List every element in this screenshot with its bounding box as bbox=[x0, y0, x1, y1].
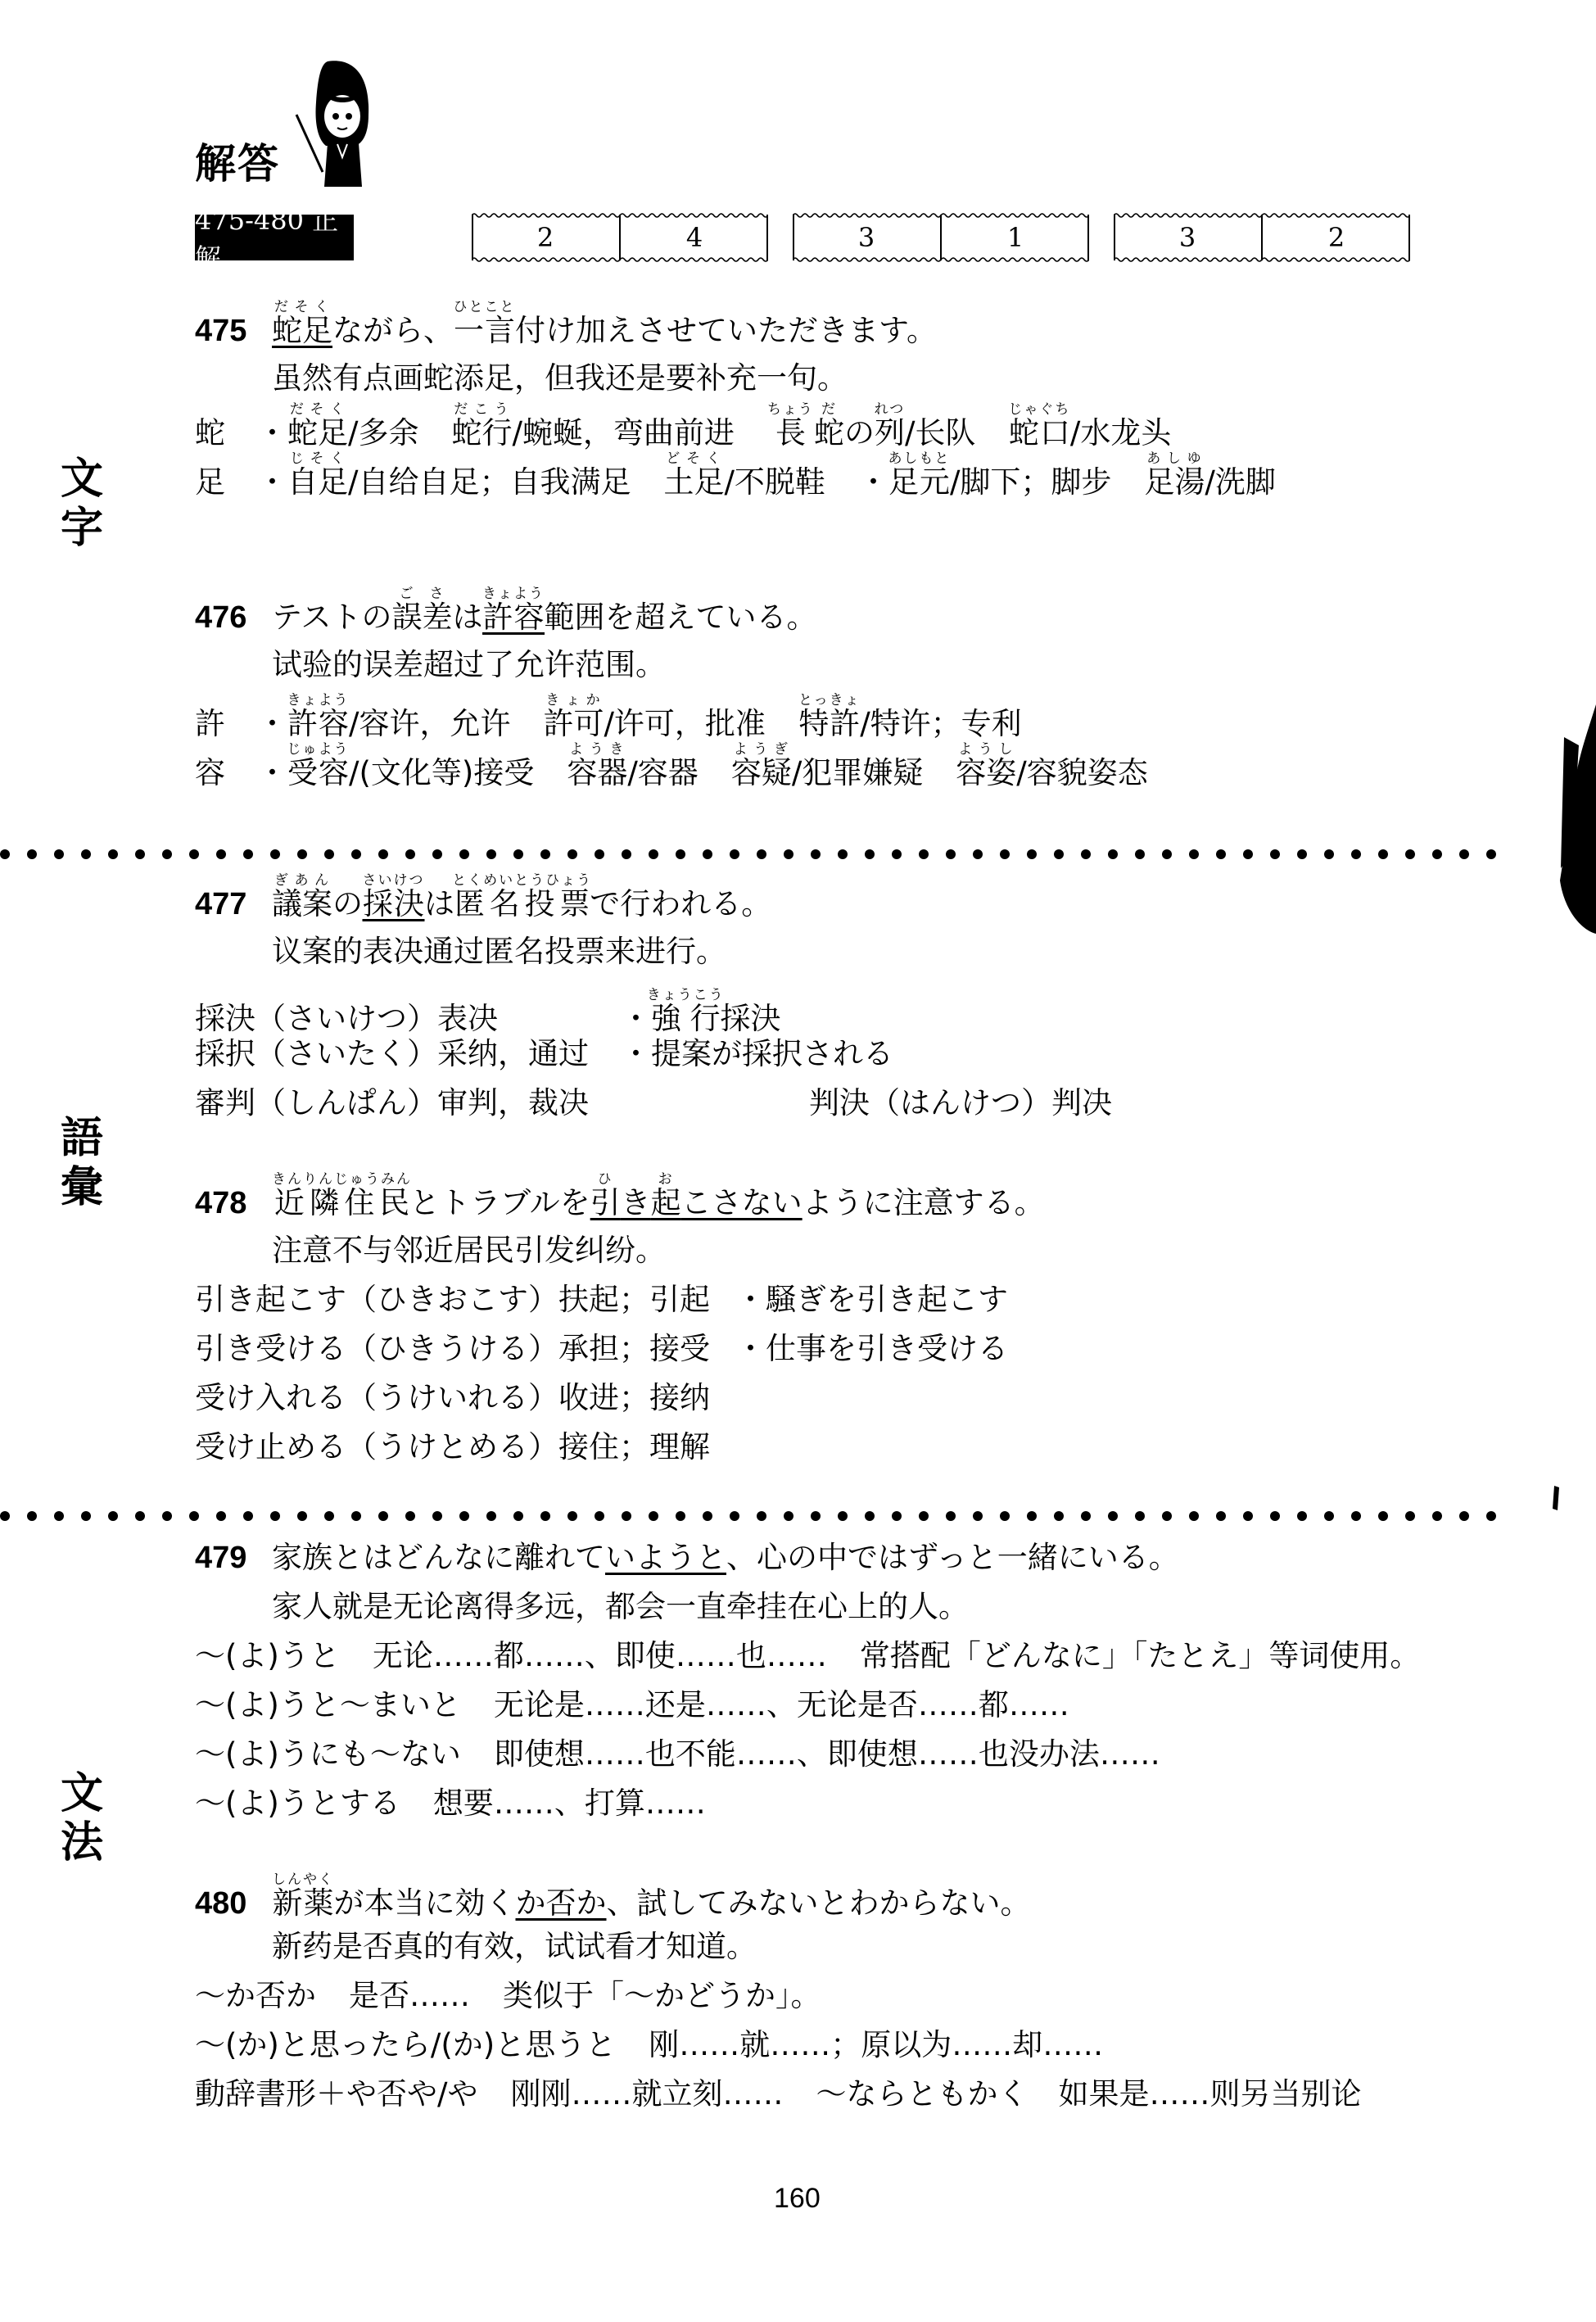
furigana-word: 受容じゅよう bbox=[287, 755, 349, 790]
furigana-word: 特許とっきょ bbox=[798, 706, 860, 741]
text-segment: ように注意する。 bbox=[803, 1185, 1045, 1220]
text-segment: き bbox=[621, 1185, 651, 1220]
divider-dot bbox=[784, 849, 793, 859]
text-segment: 、心の中ではずっと一緒にいる。 bbox=[726, 1540, 1179, 1575]
vocab-row: 引き起こす（ひきおこす）扶起；引起・騒ぎを引き起こす bbox=[195, 1282, 1008, 1318]
section-label-goi: 語 彙 bbox=[57, 1114, 106, 1212]
text-segment: ・ bbox=[257, 755, 287, 790]
divider-dot bbox=[432, 849, 442, 859]
divider-dot bbox=[162, 849, 172, 859]
text-segment: /洗脚 bbox=[1205, 464, 1275, 500]
wavy-border-icon bbox=[472, 256, 768, 263]
answer-478: 1 bbox=[940, 215, 1089, 260]
divider-dot bbox=[811, 849, 821, 859]
kanji-row-足: 足・自足じそく/自给自足；自我满足土足どそく/不脱鞋・足元あしもと/脚下；脚步足… bbox=[195, 450, 1276, 500]
grammar-pattern: ～(よ)うとする bbox=[195, 1786, 400, 1821]
divider-dot bbox=[135, 849, 145, 859]
text-segment: /(文化等)接受 bbox=[349, 755, 534, 790]
kanji-head: 許 bbox=[195, 706, 257, 742]
grammar-meaning: 想要……、打算…… bbox=[433, 1786, 706, 1821]
furigana-word: 引ひ bbox=[590, 1185, 621, 1220]
text-segment: は bbox=[424, 886, 454, 921]
divider-dot bbox=[108, 849, 118, 859]
vocab-entry: 採択（さいたく）采纳，通过 bbox=[195, 1036, 621, 1072]
grammar-note: ～ならともかく 如果是……则另当别论 bbox=[816, 2076, 1361, 2112]
grammar-note: 类似于「～かどうか」。 bbox=[503, 1978, 821, 2013]
text-segment: /容貌姿态 bbox=[1016, 755, 1147, 790]
answer-box-border bbox=[793, 215, 794, 260]
divider-dot bbox=[432, 1511, 442, 1521]
grammar-pattern: 動辞書形＋や否や/や bbox=[195, 2076, 477, 2112]
divider-dot bbox=[676, 849, 685, 859]
grammar-row: ～(よ)うとする想要……、打算…… bbox=[195, 1786, 706, 1822]
sentence: 近隣住民きんりんじゅうみんとトラブルを引ひき起おこさないように注意する。 bbox=[272, 1185, 1045, 1220]
divider-dot bbox=[838, 849, 848, 859]
divider-dot bbox=[1297, 849, 1307, 859]
divider-dot bbox=[486, 1511, 496, 1521]
divider-dot bbox=[595, 1511, 604, 1521]
divider-dot bbox=[784, 1511, 793, 1521]
divider-dot bbox=[973, 1511, 983, 1521]
divider-dot bbox=[946, 1511, 956, 1521]
vocab-row: 採択（さいたく）采纳，通过・提案が採択される bbox=[195, 1036, 893, 1072]
grammar-pattern: ～(よ)うにも～ない bbox=[195, 1736, 461, 1772]
divider-dot bbox=[405, 1511, 415, 1521]
translation-477: 议案的表决通过匿名投票来进行。 bbox=[272, 934, 726, 970]
furigana-word: 新薬しんやく bbox=[272, 1885, 334, 1921]
divider-dot bbox=[1432, 849, 1442, 859]
furigana-word: 土足どそく bbox=[663, 464, 724, 500]
text-segment: 、試してみないとわからない。 bbox=[607, 1885, 1031, 1921]
question-number: 478 bbox=[195, 1185, 272, 1221]
translation-478: 注意不与邻近居民引发纠纷。 bbox=[272, 1233, 666, 1269]
example: ・仕事を引き受ける bbox=[735, 1331, 1008, 1366]
furigana-word: 蛇足だそく bbox=[272, 313, 332, 348]
furigana-word: 足元あしもと bbox=[888, 464, 950, 500]
answer-476: 4 bbox=[619, 215, 768, 260]
vocab-row: 引き受ける（ひきうける）承担；接受・仕事を引き受ける bbox=[195, 1331, 1008, 1367]
divider-dot bbox=[189, 849, 199, 859]
grammar-row: 動辞書形＋や否や/や刚刚……就立刻……～ならともかく 如果是……则另当别论 bbox=[195, 2076, 1361, 2112]
divider-dot bbox=[1405, 849, 1415, 859]
vocab-row: 審判（しんぱん）审判，裁决判決（はんけつ）判决 bbox=[195, 1085, 1112, 1121]
divider-dot bbox=[378, 1511, 388, 1521]
example: ・強行きょうこう採決 bbox=[621, 1001, 781, 1036]
section-divider bbox=[0, 847, 1523, 857]
divider-dot bbox=[27, 849, 37, 859]
grammar-row: ～(よ)うと～まいと无论是……还是……、无论是否……都…… bbox=[195, 1687, 1069, 1723]
furigana-word: 誤差ごさ bbox=[392, 600, 453, 635]
text-segment: /犯罪嫌疑 bbox=[792, 755, 923, 790]
divider-dot bbox=[1054, 1511, 1064, 1521]
divider-dot bbox=[1162, 849, 1172, 859]
divider-dot bbox=[1108, 849, 1118, 859]
divider-dot bbox=[1000, 849, 1010, 859]
word-entry: 許可きょか/许可，批准 bbox=[543, 706, 765, 741]
question-480: 480新薬しんやくが本当に効くか否か、試してみないとわからない。 bbox=[195, 1872, 1031, 1921]
furigana-word: 容疑ようぎ bbox=[731, 755, 792, 790]
divider-dot bbox=[1405, 1511, 1415, 1521]
word-entry: 容疑ようぎ/犯罪嫌疑 bbox=[731, 755, 923, 790]
answer-box-border bbox=[1087, 215, 1089, 260]
translation-479: 家人就是无论离得多远，都会一直牵挂在心上的人。 bbox=[272, 1589, 969, 1625]
kanji-row-容: 容・受容じゅよう/(文化等)接受容器ようき/容器容疑ようぎ/犯罪嫌疑容姿ようし/… bbox=[195, 741, 1148, 791]
example: 判決（はんけつ）判决 bbox=[809, 1085, 1112, 1120]
wavy-border-icon bbox=[793, 212, 1089, 219]
question-475: 475蛇足だそくながら、一言ひとこと付け加えさせていただきます。 bbox=[195, 299, 937, 349]
grammar-pattern: ～(よ)うと～まいと bbox=[195, 1687, 461, 1722]
answer-group-1: 2 4 bbox=[472, 215, 768, 260]
kanji-head: 足 bbox=[195, 464, 257, 500]
grammar-meaning: 刚刚……就立刻…… bbox=[510, 2076, 783, 2112]
divider-dot bbox=[1351, 849, 1361, 859]
text-segment: の bbox=[332, 886, 363, 921]
divider-dot bbox=[1324, 1511, 1334, 1521]
divider-dot bbox=[622, 849, 631, 859]
answer-box-border bbox=[472, 215, 473, 260]
text-segment: いようと bbox=[605, 1540, 726, 1575]
text-segment: の bbox=[844, 415, 875, 450]
question-number: 479 bbox=[195, 1540, 272, 1576]
answer-477: 3 bbox=[793, 215, 940, 260]
word-entry: 足湯あしゆ/洗脚 bbox=[1144, 464, 1275, 500]
text-segment: こさない bbox=[681, 1185, 803, 1220]
text-segment: が本当に効く bbox=[334, 1885, 516, 1921]
vocab-row: 受け止める（うけとめる）接住；理解 bbox=[195, 1429, 710, 1465]
grammar-meaning: 无论……都……、即使……也…… bbox=[373, 1638, 827, 1673]
grammar-note: 常搭配「どんなに」「たとえ」等词使用。 bbox=[860, 1638, 1421, 1673]
furigana-word: 採決さいけつ bbox=[363, 886, 424, 921]
text-segment: /特许；专利 bbox=[860, 706, 1021, 741]
divider-dot bbox=[892, 1511, 902, 1521]
answer-range-badge: 475-480 正解 bbox=[195, 215, 354, 260]
divider-dot bbox=[459, 1511, 469, 1521]
text-segment: /不脱鞋 bbox=[724, 464, 825, 500]
text-segment: /水龙头 bbox=[1070, 415, 1171, 450]
text-segment: 判決（はんけつ）判决 bbox=[809, 1085, 1112, 1120]
text-segment: テストの bbox=[272, 600, 392, 635]
divider-dot bbox=[270, 849, 280, 859]
text-segment: ながら、 bbox=[332, 313, 454, 348]
answer-box-border bbox=[1408, 215, 1410, 260]
answer-480: 2 bbox=[1261, 215, 1410, 260]
vocab-entry: 審判（しんぱん）审判，裁决 bbox=[195, 1085, 809, 1121]
divider-dot bbox=[757, 1511, 766, 1521]
sentence: 蛇足だそくながら、一言ひとこと付け加えさせていただきます。 bbox=[272, 313, 937, 348]
divider-dot bbox=[189, 1511, 199, 1521]
section-label-char: 文 bbox=[57, 455, 106, 504]
furigana-word: 強行きょうこう bbox=[651, 1001, 721, 1036]
divider-dot bbox=[513, 849, 523, 859]
divider-dot bbox=[1027, 849, 1037, 859]
word-entry: 土足どそく/不脱鞋 bbox=[663, 464, 825, 500]
divider-dot bbox=[324, 849, 334, 859]
answer-box-border bbox=[766, 215, 768, 260]
divider-dot bbox=[1270, 849, 1280, 859]
furigana-word: 自足じそく bbox=[287, 464, 348, 500]
furigana-word: 蛇だ bbox=[814, 415, 844, 450]
divider-dot bbox=[730, 849, 739, 859]
divider-dot bbox=[892, 849, 902, 859]
vocab-entry: 引き受ける（ひきうける）承担；接受 bbox=[195, 1331, 735, 1367]
divider-dot bbox=[54, 849, 64, 859]
word-entry: 容器ようき/容器 bbox=[567, 755, 698, 790]
divider-dot bbox=[324, 1511, 334, 1521]
question-number: 480 bbox=[195, 1885, 272, 1921]
furigana-word: 足湯あしゆ bbox=[1144, 464, 1205, 500]
grammar-meaning: 是否…… bbox=[349, 1978, 470, 2013]
word-entry: ・自足じそく/自给自足；自我满足 bbox=[257, 464, 631, 500]
furigana-word: 容姿ようし bbox=[956, 755, 1016, 790]
text-segment: 採決 bbox=[721, 1001, 781, 1036]
divider-dot bbox=[1081, 1511, 1091, 1521]
divider-dot bbox=[1216, 1511, 1226, 1521]
divider-dot bbox=[1135, 1511, 1145, 1521]
question-number: 476 bbox=[195, 600, 272, 636]
divider-dot bbox=[135, 1511, 145, 1521]
text-segment: ・ bbox=[858, 464, 888, 500]
answer-box-border bbox=[1114, 215, 1115, 260]
divider-dot bbox=[1027, 1511, 1037, 1521]
vocab-entry: 受け止める（うけとめる）接住；理解 bbox=[195, 1429, 710, 1464]
furigana-word: 蛇足だそく bbox=[287, 415, 348, 450]
kanji-row-許: 許・許容きょよう/容许，允许許可きょか/许可，批准特許とっきょ/特许；专利 bbox=[195, 692, 1022, 742]
section-label-moji: 文 字 bbox=[57, 455, 106, 553]
furigana-word: 長ちょう bbox=[767, 415, 814, 450]
answer-475: 2 bbox=[472, 215, 619, 260]
word-entry: 容姿ようし/容貌姿态 bbox=[956, 755, 1147, 790]
translation-480: 新药是否真的有效，试试看才知道。 bbox=[272, 1929, 757, 1965]
divider-dot bbox=[1189, 849, 1199, 859]
divider-dot bbox=[1081, 849, 1091, 859]
divider-dot bbox=[81, 849, 91, 859]
section-divider bbox=[0, 1509, 1523, 1519]
divider-dot bbox=[703, 1511, 712, 1521]
translation-475: 虽然有点画蛇添足，但我还是要补充一句。 bbox=[272, 360, 848, 396]
sentence: テストの誤差ごさは許容きょよう範囲を超えている。 bbox=[272, 600, 817, 635]
divider-dot bbox=[757, 849, 766, 859]
text-segment: 範囲を超えている。 bbox=[545, 600, 817, 635]
divider-dot bbox=[730, 1511, 739, 1521]
text-segment: /长队 bbox=[905, 415, 975, 450]
vocab-entry: 受け入れる（うけいれる）收进；接纳 bbox=[195, 1380, 710, 1415]
divider-dot bbox=[216, 849, 226, 859]
divider-dot bbox=[622, 1511, 631, 1521]
question-number: 477 bbox=[195, 886, 272, 922]
divider-dot bbox=[27, 1511, 37, 1521]
divider-dot bbox=[1135, 849, 1145, 859]
text-segment: は bbox=[453, 600, 483, 635]
divider-dot bbox=[486, 849, 496, 859]
text-segment: /蜿蜒，弯曲前进 bbox=[512, 415, 734, 450]
question-476: 476テストの誤差ごさは許容きょよう範囲を超えている。 bbox=[195, 586, 817, 636]
divider-dot bbox=[162, 1511, 172, 1521]
divider-dot bbox=[1351, 1511, 1361, 1521]
text-segment: で行われる。 bbox=[590, 886, 771, 921]
divider-dot bbox=[811, 1511, 821, 1521]
divider-dot bbox=[649, 1511, 658, 1521]
divider-dot bbox=[1378, 1511, 1388, 1521]
divider-dot bbox=[973, 849, 983, 859]
vocab-entry: 採決（さいけつ）表决 bbox=[195, 1001, 621, 1037]
kanji-head: 蛇 bbox=[195, 415, 257, 451]
question-479: 479家族とはどんなに離れていようと、心の中ではずっと一緒にいる。 bbox=[195, 1540, 1179, 1576]
divider-dot bbox=[865, 1511, 875, 1521]
divider-dot bbox=[351, 1511, 361, 1521]
divider-dot bbox=[1243, 849, 1253, 859]
text-segment: /脚下；脚步 bbox=[950, 464, 1111, 500]
divider-dot bbox=[297, 1511, 307, 1521]
page-title: 解答 bbox=[195, 131, 280, 190]
divider-dot bbox=[1432, 1511, 1442, 1521]
divider-dot bbox=[838, 1511, 848, 1521]
divider-dot bbox=[1486, 1511, 1496, 1521]
mascot-icon bbox=[295, 57, 385, 188]
text-segment: /自给自足；自我满足 bbox=[348, 464, 631, 500]
divider-dot bbox=[1054, 849, 1064, 859]
sentence: 新薬しんやくが本当に効くか否か、試してみないとわからない。 bbox=[272, 1885, 1031, 1921]
question-477: 477議案ぎあんの採決さいけつは匿名投票とくめいとうひょうで行われる。 bbox=[195, 872, 771, 922]
grammar-meaning: 刚……就……；原以为……却…… bbox=[649, 2027, 1103, 2062]
wavy-border-icon bbox=[793, 256, 1089, 263]
divider-dot bbox=[946, 849, 956, 859]
divider-dot bbox=[81, 1511, 91, 1521]
word-entry: 特許とっきょ/特许；专利 bbox=[798, 706, 1022, 741]
text-segment: 家族とはどんなに離れて bbox=[272, 1540, 605, 1575]
divider-dot bbox=[540, 1511, 550, 1521]
divider-dot bbox=[567, 849, 577, 859]
word-entry: ・足元あしもと/脚下；脚步 bbox=[858, 464, 1111, 500]
word-entry: 蛇行だこう/蜿蜒，弯曲前进 bbox=[451, 415, 734, 450]
furigana-word: 容器ようき bbox=[567, 755, 627, 790]
divider-dot bbox=[243, 849, 253, 859]
grammar-meaning: 无论是……还是……、无论是否……都…… bbox=[494, 1687, 1069, 1722]
text-segment: ・提案が採択される bbox=[621, 1036, 893, 1071]
scan-mark-icon bbox=[1548, 1482, 1564, 1515]
wavy-border-icon bbox=[1114, 212, 1410, 219]
sentence: 家族とはどんなに離れていようと、心の中ではずっと一緒にいる。 bbox=[272, 1540, 1179, 1575]
divider-dot bbox=[567, 1511, 577, 1521]
furigana-word: 列れつ bbox=[875, 415, 905, 450]
word-entry: ・蛇足だそく/多余 bbox=[257, 415, 418, 450]
divider-dot bbox=[1378, 849, 1388, 859]
divider-dot bbox=[1000, 1511, 1010, 1521]
divider-dot bbox=[351, 849, 361, 859]
section-label-bunpo: 文 法 bbox=[57, 1769, 106, 1867]
divider-dot bbox=[1243, 1511, 1253, 1521]
divider-dot bbox=[1162, 1511, 1172, 1521]
divider-dot bbox=[595, 849, 604, 859]
text-segment: ・ bbox=[257, 415, 287, 450]
word-entry: ・許容きょよう/容许，允许 bbox=[257, 706, 510, 741]
grammar-row: ～(か)と思ったら/(か)と思うと刚……就……；原以为……却…… bbox=[195, 2027, 1103, 2063]
divider-dot bbox=[919, 849, 929, 859]
divider-dot bbox=[54, 1511, 64, 1521]
scan-smudge-icon bbox=[1531, 704, 1596, 950]
divider-dot bbox=[459, 849, 469, 859]
grammar-row: ～(よ)うと无论……都……、即使……也……常搭配「どんなに」「たとえ」等词使用。 bbox=[195, 1638, 1420, 1674]
grammar-row: ～か否か是否……类似于「～かどうか」。 bbox=[195, 1978, 821, 2014]
divider-dot bbox=[540, 849, 550, 859]
grammar-meaning: 即使想……也不能……、即使想……也没办法…… bbox=[494, 1736, 1160, 1772]
divider-dot bbox=[378, 849, 388, 859]
divider-dot bbox=[270, 1511, 280, 1521]
furigana-word: 起お bbox=[651, 1185, 681, 1220]
divider-dot bbox=[1270, 1511, 1280, 1521]
text-segment: か否か bbox=[516, 1885, 607, 1921]
divider-dot bbox=[703, 849, 712, 859]
example: ・騒ぎを引き起こす bbox=[735, 1282, 1008, 1317]
divider-dot bbox=[1486, 849, 1496, 859]
text-segment: /许可，批准 bbox=[604, 706, 765, 741]
divider-dot bbox=[108, 1511, 118, 1521]
divider-dot bbox=[865, 849, 875, 859]
furigana-word: 許可きょか bbox=[543, 706, 604, 741]
divider-dot bbox=[1216, 849, 1226, 859]
divider-dot bbox=[1459, 1511, 1469, 1521]
text-segment: /多余 bbox=[348, 415, 418, 450]
question-number: 475 bbox=[195, 313, 272, 349]
section-label-char: 彙 bbox=[57, 1163, 106, 1212]
answer-group-3: 3 2 bbox=[1114, 215, 1410, 260]
text-segment: ・ bbox=[257, 464, 287, 500]
divider-dot bbox=[0, 1511, 10, 1521]
divider-dot bbox=[297, 849, 307, 859]
furigana-word: 近隣住民きんりんじゅうみん bbox=[272, 1185, 409, 1220]
wavy-border-icon bbox=[472, 212, 768, 219]
kanji-head: 容 bbox=[195, 755, 257, 791]
text-segment: /容器 bbox=[627, 755, 698, 790]
answer-479: 3 bbox=[1114, 215, 1261, 260]
divider-dot bbox=[243, 1511, 253, 1521]
section-label-char: 字 bbox=[57, 504, 106, 553]
vocab-row: 採決（さいけつ）表决・強行きょうこう採決 bbox=[195, 987, 781, 1037]
divider-dot bbox=[649, 849, 658, 859]
divider-dot bbox=[919, 1511, 929, 1521]
grammar-pattern: ～(か)と思ったら/(か)と思うと bbox=[195, 2027, 616, 2062]
divider-dot bbox=[1297, 1511, 1307, 1521]
vocab-row: 受け入れる（うけいれる）收进；接纳 bbox=[195, 1380, 710, 1416]
furigana-word: 蛇口じゃぐち bbox=[1008, 415, 1070, 450]
furigana-word: 匿名投票とくめいとうひょう bbox=[454, 886, 590, 921]
grammar-pattern: ～か否か bbox=[195, 1978, 316, 2013]
page-number: 160 bbox=[774, 2183, 821, 2215]
translation-476: 试验的误差超过了允许范围。 bbox=[272, 647, 666, 683]
wavy-border-icon bbox=[1114, 256, 1410, 263]
divider-dot bbox=[405, 849, 415, 859]
divider-dot bbox=[1189, 1511, 1199, 1521]
text-segment: /容许，允许 bbox=[349, 706, 510, 741]
vocab-entry: 引き起こす（ひきおこす）扶起；引起 bbox=[195, 1282, 735, 1318]
furigana-word: 議案ぎあん bbox=[272, 886, 332, 921]
text-segment: とトラブルを bbox=[409, 1185, 590, 1220]
answer-group-2: 3 1 bbox=[793, 215, 1089, 260]
divider-dot bbox=[216, 1511, 226, 1521]
sentence: 議案ぎあんの採決さいけつは匿名投票とくめいとうひょうで行われる。 bbox=[272, 886, 771, 921]
kanji-row-蛇: 蛇・蛇足だそく/多余蛇行だこう/蜿蜒，弯曲前进長ちょう蛇だの列れつ/长队蛇口じゃ… bbox=[195, 401, 1171, 451]
text-segment: 付け加えさせていただきます。 bbox=[515, 313, 937, 348]
grammar-pattern: ～(よ)うと bbox=[195, 1638, 340, 1673]
section-label-char: 語 bbox=[57, 1114, 106, 1163]
furigana-word: 許容きょよう bbox=[483, 600, 545, 635]
section-label-char: 法 bbox=[57, 1818, 106, 1867]
divider-dot bbox=[676, 1511, 685, 1521]
furigana-word: 許容きょよう bbox=[287, 706, 349, 741]
word-entry: 蛇口じゃぐち/水龙头 bbox=[1008, 415, 1171, 450]
divider-dot bbox=[0, 849, 10, 859]
section-label-char: 文 bbox=[57, 1769, 106, 1818]
furigana-word: 蛇行だこう bbox=[451, 415, 512, 450]
